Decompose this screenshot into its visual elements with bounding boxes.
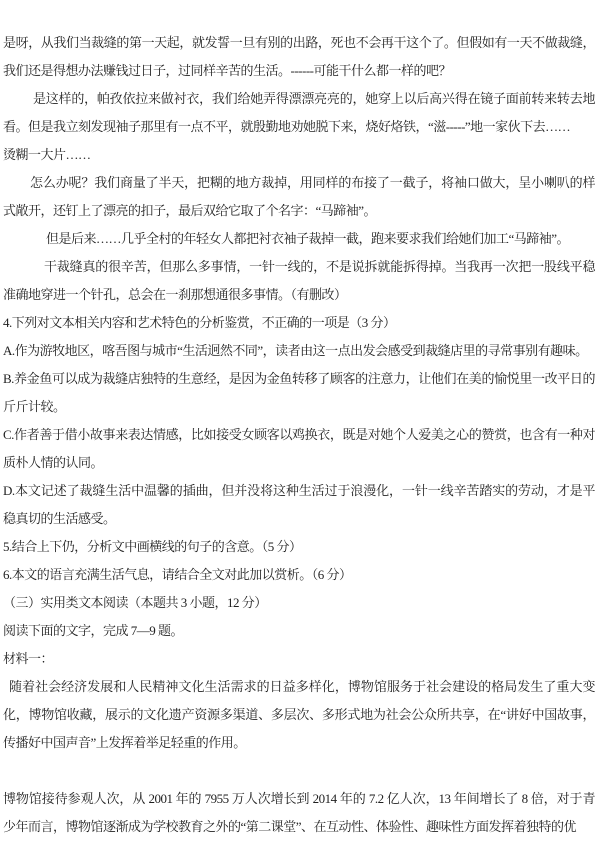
text-line: 斤斤计较。 <box>3 393 595 421</box>
text-line: 质朴人情的认同。 <box>3 449 595 477</box>
text-line: 博物馆接待参观人次，从 2001 年的 7955 万人次增长到 2014 年的 … <box>3 785 595 813</box>
text-line: 式敞开，还钉上了漂亮的扣子，最后双给它取了个名字：“马蹄袖”。 <box>3 197 595 225</box>
text-line: 准确地穿进一个针孔，总会在一刹那想通很多事情。（有删改） <box>3 281 595 309</box>
text-line: 是呀，从我们当裁缝的第一天起，就发誓一旦有别的出路，死也不会再干这个了。但假如有… <box>3 29 595 57</box>
text-line: 少年而言，博物馆逐渐成为学校教育之外的“第二课堂”、在互动性、体验性、趣味性方面… <box>3 813 595 841</box>
text-line: 4.下列对文本相关内容和艺术特色的分析鉴赏，不正确的一项是（3 分） <box>3 309 595 337</box>
text-line: 怎么办呢？我们商量了半天，把糊的地方裁掉，用同样的布接了一截子，将袖口做大，呈小… <box>3 169 595 197</box>
text-line: 稳真切的生活感受。 <box>3 505 595 533</box>
text-line: 6.本文的语言充满生活气息，请结合全文对此加以赏析。（6 分） <box>3 561 595 589</box>
text-line: 干裁缝真的很辛苦，但那么多事情，一针一线的，不是说拆就能拆得掉。当我再一次把一股… <box>3 253 595 281</box>
text-line: 材料一： <box>3 645 595 673</box>
text-line: 传播好中国声音”上发挥着举足轻重的作用。 <box>3 729 595 757</box>
text-line: A.作为游牧地区，喀吾图与城市“生活迥然不同”，读者由这一点出发会感受到裁缝店里… <box>3 337 595 365</box>
document-page: 是呀，从我们当裁缝的第一天起，就发誓一旦有别的出路，死也不会再干这个了。但假如有… <box>0 0 598 850</box>
text-line: （三）实用类文本阅读（本题共 3 小题，12 分） <box>3 589 595 617</box>
text-line: B.养金鱼可以成为裁缝店独特的生意经，是因为金鱼转移了顾客的注意力，让他们在美的… <box>3 365 595 393</box>
text-line: 阅读下面的文字，完成 7—9 题。 <box>3 617 595 645</box>
text-line: 化，博物馆收藏，展示的文化遗产资源多渠道、多层次、多形式地为社会公众所共享，在“… <box>3 701 595 729</box>
text-line: 但是后来……几乎全村的年轻女人都把衬衣袖子裁掉一截，跑来要求我们给她们加工“马蹄… <box>3 225 595 253</box>
text-line: C.作者善于借小故事来表达情感，比如接受女顾客以鸡换衣，既是对她个人爱美之心的赞… <box>3 421 595 449</box>
text-line: 我们还是得想办法赚钱过日子，过同样辛苦的生活。------可能干什么都一样的吧？ <box>3 57 595 85</box>
text-line: 5.结合上下仍，分析文中画横线的句子的含意。（5 分） <box>3 533 595 561</box>
text-line: 烫糊一大片…… <box>3 141 595 169</box>
text-line: 随着社会经济发展和人民精神文化生活需求的日益多样化，博物馆服务于社会建设的格局发… <box>3 673 595 701</box>
document-body: 是呀，从我们当裁缝的第一天起，就发誓一旦有别的出路，死也不会再干这个了。但假如有… <box>3 29 595 841</box>
text-line: D.本文记述了裁缝生活中温馨的插曲，但并没将这种生活过于浪漫化，一针一线辛苦踏实… <box>3 477 595 505</box>
text-line: 看。但是我立刻发现袖子那里有一点不平，就殷勤地劝她脱下来，烧好烙铁，“滋----… <box>3 113 595 141</box>
text-line: 是这样的，帕孜依拉来做衬衣，我们给她弄得漂漂亮亮的，她穿上以后高兴得在镜子面前转… <box>3 85 595 113</box>
